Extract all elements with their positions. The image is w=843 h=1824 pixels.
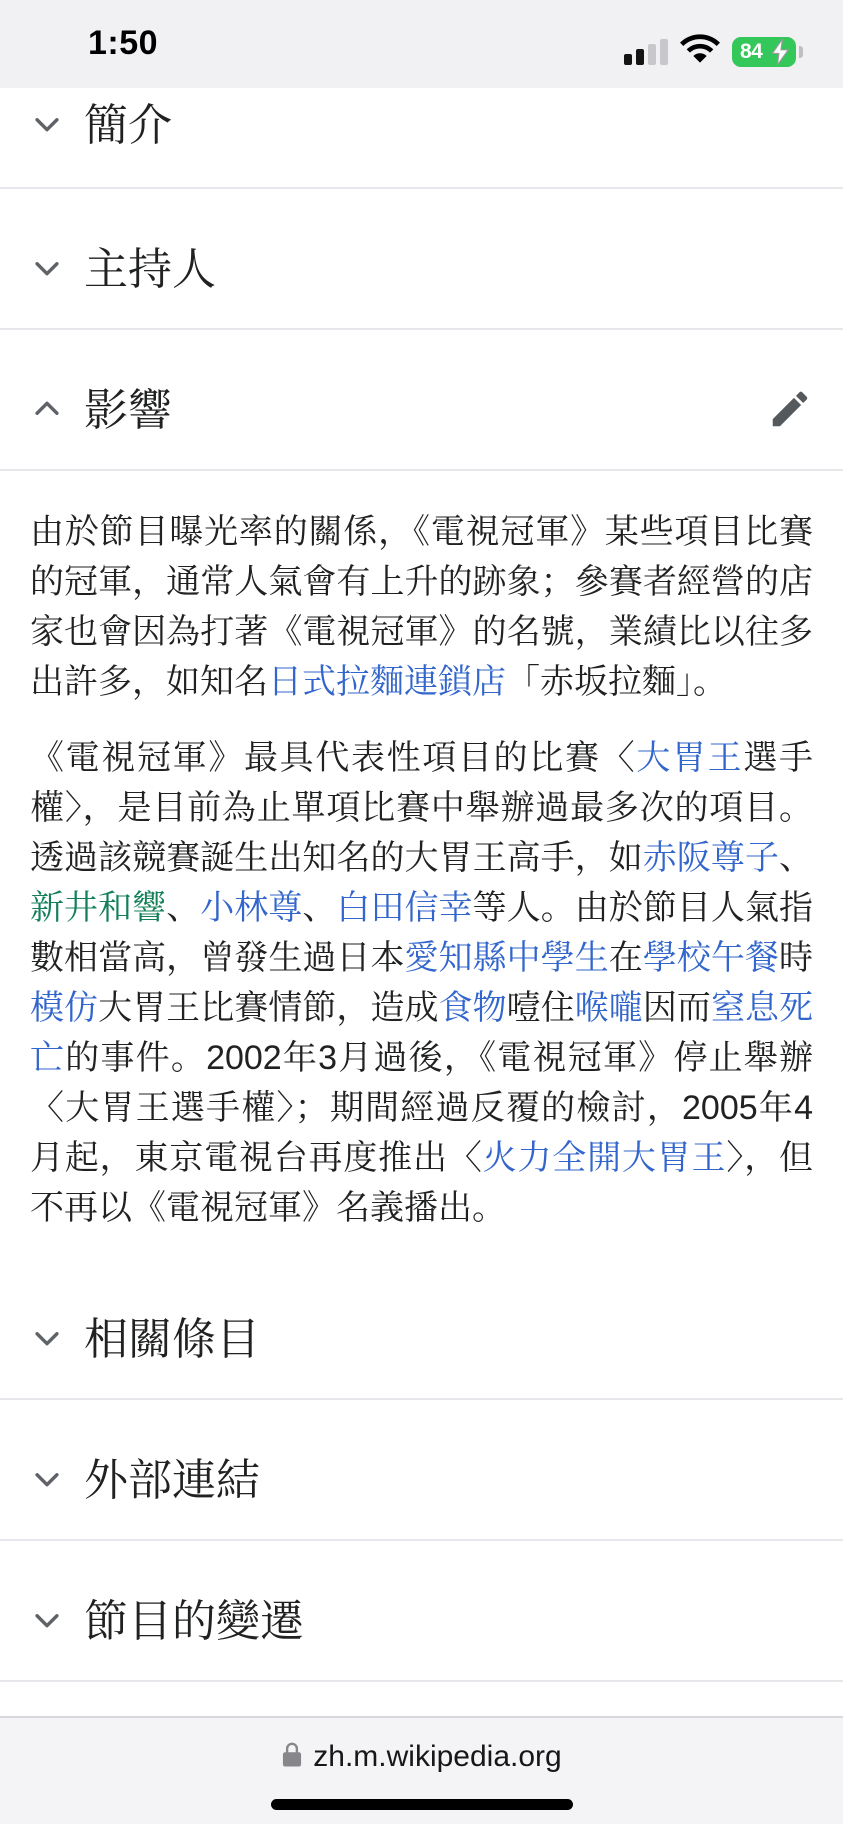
text-segment: 在 (609, 939, 643, 977)
text-segment: 大胃王比賽情節，造成 (98, 989, 438, 1027)
text-segment: 、 (779, 839, 813, 877)
text-segment: 噎住 (507, 989, 575, 1027)
text-segment: 時 (779, 939, 813, 977)
lock-icon (281, 1741, 303, 1774)
section-title: 簡介 (84, 100, 172, 152)
chevron-up-icon (30, 392, 64, 431)
section-header-related[interactable]: 相關條目 (0, 1259, 843, 1400)
safari-url-bar[interactable]: zh.m.wikipedia.org (0, 1716, 843, 1824)
text-segment: 「赤坂拉麵」。 (506, 663, 727, 701)
paragraph: 由於節目曝光率的關係，《電視冠軍》某些項目比賽的冠軍，通常人氣會有上升的跡象；參… (30, 507, 813, 707)
visited-article-link[interactable]: 新井和響 (30, 889, 166, 927)
status-bar: 1:50 84 (0, 0, 843, 88)
section-title: 節目的變遷 (84, 1596, 304, 1648)
clock: 1:50 (88, 24, 158, 63)
article-link[interactable]: 食物 (439, 989, 507, 1027)
chevron-down-icon (30, 251, 64, 290)
text-segment: 、 (166, 889, 200, 927)
paragraph: 《電視冠軍》最具代表性項目的比賽〈大胃王選手權〉，是目前為止單項比賽中舉辦過最多… (30, 733, 813, 1233)
text-segment: 《電視冠軍》最具代表性項目的比賽〈 (30, 739, 636, 777)
section-header-intro[interactable]: 簡介 (0, 88, 843, 189)
article-link[interactable]: 大胃王 (636, 739, 743, 777)
chevron-down-icon (30, 1603, 64, 1642)
article-link[interactable]: 喉嚨 (575, 989, 643, 1027)
chevron-down-icon (30, 1321, 64, 1360)
battery-cap (799, 46, 803, 58)
edit-pencil-icon[interactable] (767, 386, 813, 437)
article-link[interactable]: 學校午餐 (643, 939, 779, 977)
wikipedia-article-body: 簡介 主持人 影響 (0, 88, 843, 1682)
article-link[interactable]: 日式拉麵連鎖店 (268, 663, 506, 701)
chevron-down-icon (30, 107, 64, 146)
article-paragraphs: 由於節目曝光率的關係，《電視冠軍》某些項目比賽的冠軍，通常人氣會有上升的跡象；參… (0, 471, 843, 1233)
iphone-screen: 1:50 84 (0, 0, 843, 1824)
section-header-hosts[interactable]: 主持人 (0, 189, 843, 330)
url-text: zh.m.wikipedia.org (313, 1740, 561, 1774)
home-indicator[interactable] (271, 1799, 573, 1810)
cellular-signal-icon (624, 39, 668, 65)
article-link[interactable]: 白田信幸 (336, 889, 472, 927)
wifi-icon (680, 34, 720, 69)
battery-icon: 84 (732, 37, 803, 67)
section-header-evolution[interactable]: 節目的變遷 (0, 1541, 843, 1682)
article-link[interactable]: 火力全開大胃王 (483, 1139, 727, 1177)
battery-percent: 84 (740, 40, 762, 64)
section-header-external[interactable]: 外部連結 (0, 1400, 843, 1541)
article-link[interactable]: 中學生 (507, 939, 609, 977)
status-icons: 84 (624, 34, 803, 69)
article-link[interactable]: 小林尊 (200, 889, 302, 927)
section-header-influence[interactable]: 影響 (0, 330, 843, 471)
text-segment: 因而 (643, 989, 711, 1027)
charging-bolt-icon (769, 39, 793, 70)
section-title: 相關條目 (84, 1314, 260, 1366)
section-title: 影響 (84, 385, 172, 437)
article-link[interactable]: 模仿 (30, 989, 98, 1027)
chevron-down-icon (30, 1462, 64, 1501)
section-title: 主持人 (84, 244, 216, 296)
article-link[interactable]: 赤阪尊子 (643, 839, 779, 877)
section-title: 外部連結 (84, 1455, 260, 1507)
article-link[interactable]: 愛知縣 (405, 939, 507, 977)
text-segment: 、 (302, 889, 336, 927)
